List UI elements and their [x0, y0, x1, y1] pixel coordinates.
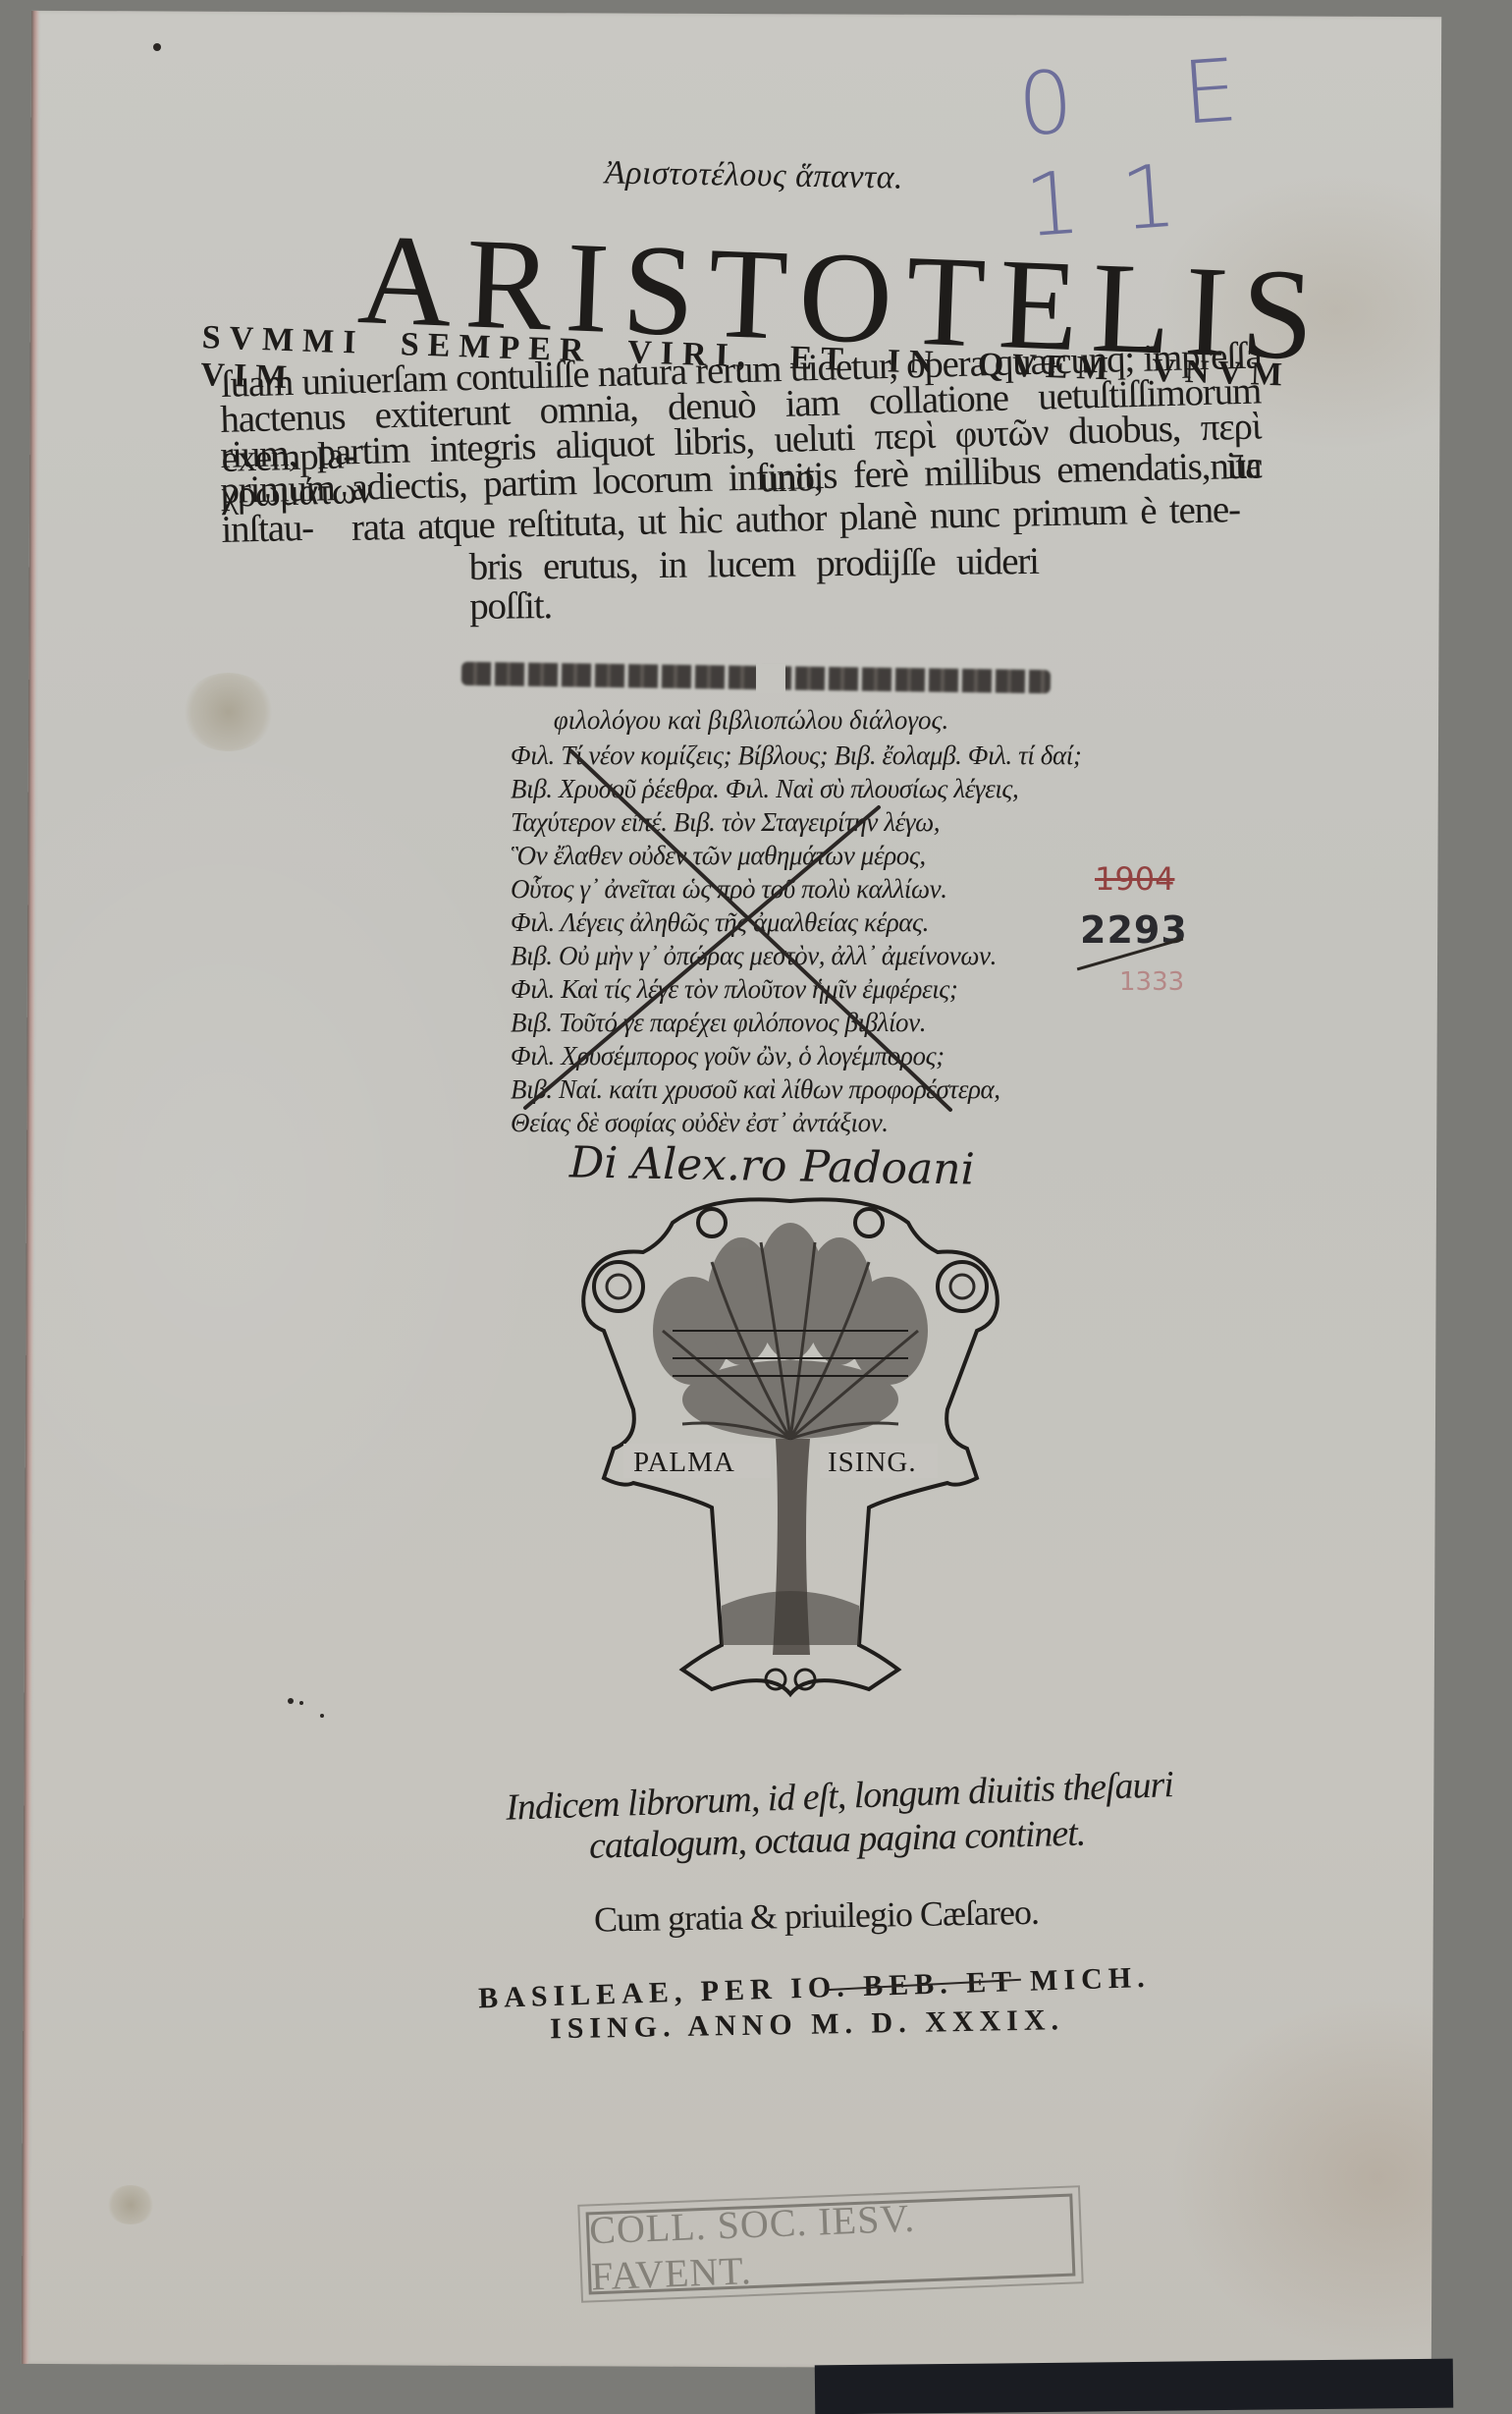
dialogue-line: Θείας δὲ σοφίας οὐδὲν ἐστ᾽ ἀντάξιον. — [511, 1106, 1060, 1139]
dialogue-line: Φιλ. Λέγεις ἀληθῶς τῆς ἀμαλθείας κέρας. — [511, 905, 1060, 939]
dialogue-line: Βιβ. Τοῦτό γε παρέχει φιλόπονος βιβλίον. — [511, 1006, 1060, 1039]
paper-stain — [106, 2185, 155, 2224]
library-stamp: COLL. SOC. IESV. FAVENT. — [586, 2194, 1076, 2295]
body-line: bris erutus, in lucem prodijſſe uideri p… — [469, 542, 1040, 627]
dialogue-line: Φιλ. Τί νέον κομίζεις; Βίβλους; Βιβ. ἔολ… — [511, 739, 1060, 772]
dialogue-line: Οὗτος γ᾽ ἀνεῖται ὡς πρὸ τοῦ πολὺ καλλίων… — [511, 872, 1060, 905]
dialogue-line: Ὃν ἔλαθεν οὐδὲν τῶν μαθημάτων μέρος, — [511, 839, 1060, 872]
dialogue-title: φιλολόγου καὶ βιβλιοπώλου διάλογος. — [535, 705, 967, 736]
margin-note-struck: 1904 — [1095, 860, 1174, 898]
ink-dot — [299, 1701, 303, 1705]
dialogue-line: Βιβ. Ναί. καίτι χρυσοῦ καὶ λίθων προφορέ… — [511, 1072, 1060, 1106]
margin-note-faint: 1333 — [1119, 967, 1184, 997]
dialogue-line: Ταχύτερον εἰπέ. Βιβ. τὸν Σταγειρίτην λέγ… — [511, 805, 1060, 839]
ink-dot — [153, 43, 161, 51]
dialogue-line: Βιβ. Οὐ μὴν γ᾽ ὀπώρας μεστὸν, ἀλλ᾽ ἀμείν… — [511, 939, 1060, 972]
device-label-left: PALMA — [633, 1447, 735, 1478]
device-label-right: ISING. — [828, 1447, 917, 1478]
shelfmark: 0 E 11 — [1014, 21, 1512, 256]
margin-note-number: 2293 — [1080, 908, 1188, 952]
page-edge — [22, 11, 39, 2364]
paper-stain — [182, 673, 275, 751]
erased-line-gap — [756, 664, 785, 693]
ink-dot — [288, 1698, 294, 1704]
ink-dot — [320, 1714, 324, 1718]
background-shadow — [815, 2359, 1453, 2414]
greek-heading: Ἀριστοτέλους ἅπαντα. — [587, 154, 922, 197]
stamp-text: COLL. SOC. IESV. FAVENT. — [588, 2189, 1072, 2300]
dialogue-line: Φιλ. Χρυσέμπορος γοῦν ὢν, ὁ λογέμπορος; — [511, 1039, 1060, 1072]
privilege-line: Cum gratia & priuilegio Cæſareo. — [594, 1892, 1007, 1940]
dialogue-line: Βιβ. Χρυσοῦ ῥέεθρα. Φιλ. Ναὶ σὺ πλουσίως… — [511, 772, 1060, 805]
dialogue-line: Φιλ. Καὶ τίς λέγε τὸν πλοῦτον ἡμῖν ἐμφέρ… — [511, 972, 1060, 1006]
printer-device: PALMA ISING. — [565, 1183, 1016, 1714]
